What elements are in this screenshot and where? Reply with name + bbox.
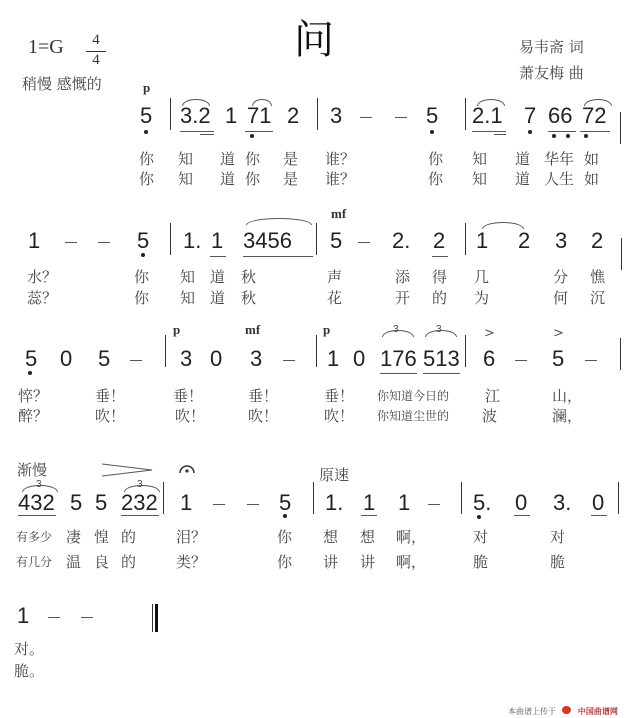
lyric: 知 xyxy=(178,148,193,169)
low-octave-dot xyxy=(250,134,254,138)
lyric: 秋 xyxy=(241,287,256,308)
note: 0 xyxy=(592,490,604,516)
lyric: 脆 xyxy=(473,551,488,572)
lyric: 类？ xyxy=(176,551,206,572)
low-octave-dot xyxy=(141,253,145,257)
triplet-number: 3 xyxy=(436,324,442,335)
dynamic-p: p xyxy=(173,322,180,338)
dynamic-mf: mf xyxy=(245,322,260,338)
low-octave-dot xyxy=(283,514,287,518)
bar-line xyxy=(465,223,466,255)
lyric: 花 xyxy=(327,287,342,308)
triplet-number: 3 xyxy=(393,324,399,335)
note: 5 xyxy=(98,346,110,372)
note: 3 xyxy=(180,346,192,372)
beam xyxy=(180,131,214,132)
dash xyxy=(515,360,527,361)
bar-line xyxy=(170,98,171,130)
lyric: 声 xyxy=(327,266,342,287)
note: 2 xyxy=(591,228,603,254)
beam xyxy=(580,131,610,132)
note: 0 xyxy=(353,346,365,372)
lyric: 知 xyxy=(180,266,195,287)
note: 3.2 xyxy=(180,103,211,129)
accent-icon: > xyxy=(553,326,564,341)
lyric: 道 xyxy=(515,168,530,189)
time-signature-top: 4 xyxy=(86,32,106,49)
lyric: 垂！ xyxy=(95,385,125,406)
beam xyxy=(514,515,530,516)
lyric: 得 xyxy=(432,266,447,287)
note: 66 xyxy=(548,103,572,129)
lyric: 对。 xyxy=(14,638,44,659)
lyric: 吹！ xyxy=(248,405,278,426)
beam xyxy=(121,515,159,516)
note: 1 xyxy=(398,490,410,516)
note: 1 xyxy=(17,603,29,629)
lyric: 你 xyxy=(277,526,292,547)
note: 1 xyxy=(180,490,192,516)
lyric: 想 xyxy=(323,526,338,547)
bar-line xyxy=(316,223,317,255)
bar-line xyxy=(461,482,462,514)
lyric: 吹！ xyxy=(175,405,205,426)
bar-line xyxy=(170,223,171,255)
lyric: 道 xyxy=(210,287,225,308)
note: 5 xyxy=(279,490,291,516)
beam xyxy=(548,131,576,132)
lyric: 温 xyxy=(66,551,81,572)
note: 432 xyxy=(18,490,55,516)
lyric: 你 xyxy=(134,287,149,308)
dash xyxy=(247,504,259,505)
note: 1 xyxy=(363,490,375,516)
low-octave-dot xyxy=(528,130,532,134)
dynamic-mf: mf xyxy=(331,206,346,222)
dash xyxy=(360,117,372,118)
triplet-number: 3 xyxy=(137,479,143,490)
lyric: 脆。 xyxy=(14,660,44,681)
beam xyxy=(210,256,226,257)
note: 0 xyxy=(515,490,527,516)
beam xyxy=(380,373,417,374)
lyric: 开 xyxy=(395,287,410,308)
note: 2 xyxy=(518,228,530,254)
lyric: 知 xyxy=(472,148,487,169)
dash xyxy=(585,360,597,361)
lyric: 有多少 xyxy=(16,528,52,545)
lyric: 知 xyxy=(472,168,487,189)
lyric: 谁？ xyxy=(325,168,355,189)
bar-line xyxy=(620,112,621,144)
note: 1. xyxy=(325,490,343,516)
beam xyxy=(245,131,273,132)
tempo-a-tempo: 原速 xyxy=(319,464,349,485)
watermark: 本曲谱上传于 中国曲谱网 xyxy=(508,701,618,718)
lyric: 谁？ xyxy=(325,148,355,169)
note: 1 xyxy=(225,103,237,129)
note: 0 xyxy=(60,346,72,372)
lyric: 道 xyxy=(220,148,235,169)
lyric: 对 xyxy=(473,526,488,547)
bar-line xyxy=(165,335,166,367)
tempo-ritardando: 渐慢 xyxy=(17,459,47,480)
note: 5 xyxy=(95,490,107,516)
note: 5 xyxy=(426,103,438,129)
lyric: 你 xyxy=(428,168,443,189)
lyric: 讲 xyxy=(360,551,375,572)
time-signature-bottom: 4 xyxy=(86,52,106,69)
bar-line xyxy=(620,338,621,370)
lyric: 憔 xyxy=(590,266,605,287)
note: 176 xyxy=(380,346,417,372)
slur xyxy=(246,218,312,225)
lyric: 是 xyxy=(283,148,298,169)
note: 1 xyxy=(476,228,488,254)
watermark-text: 本曲谱上传于 xyxy=(508,707,556,716)
lyric: 澜， xyxy=(552,405,582,426)
lyric: 啊， xyxy=(396,551,426,572)
lyric: 惶 xyxy=(94,526,109,547)
lyric: 垂！ xyxy=(248,385,278,406)
lyric: 脆 xyxy=(550,551,565,572)
note: 2. xyxy=(392,228,410,254)
note: 2.1 xyxy=(472,103,503,129)
lyric: 你 xyxy=(428,148,443,169)
watermark-site: 中国曲谱网 xyxy=(578,707,618,716)
note: 232 xyxy=(121,490,158,516)
dash xyxy=(428,504,440,505)
lyric: 道 xyxy=(515,148,530,169)
note: 5. xyxy=(473,490,491,516)
dash xyxy=(65,242,77,243)
bar-line xyxy=(317,98,318,130)
lyric: 你 xyxy=(134,266,149,287)
beam xyxy=(200,134,214,135)
triplet-number: 3 xyxy=(36,479,42,490)
lyric: 蕊？ xyxy=(27,287,57,308)
final-bar-thick xyxy=(155,604,158,632)
final-bar-thin xyxy=(152,604,153,632)
dash xyxy=(358,242,370,243)
lyric: 如 xyxy=(584,168,599,189)
note: 5 xyxy=(70,490,82,516)
bar-line xyxy=(316,335,317,367)
dash xyxy=(98,242,110,243)
lyric: 江 xyxy=(485,385,500,406)
lyric: 沉 xyxy=(590,287,605,308)
lyric: 的 xyxy=(121,551,136,572)
note: 3. xyxy=(553,490,571,516)
lyric: 良 xyxy=(94,551,109,572)
lyric: 是 xyxy=(283,168,298,189)
lyric: 人生 xyxy=(544,168,574,189)
lyric: 想 xyxy=(360,526,375,547)
fermata-icon xyxy=(178,462,196,474)
note: 513 xyxy=(423,346,460,372)
note: 1 xyxy=(28,228,40,254)
lyric: 对 xyxy=(550,526,565,547)
dash xyxy=(48,617,60,618)
note: 2 xyxy=(287,103,299,129)
lyric: 垂！ xyxy=(173,385,203,406)
note: 6 xyxy=(483,346,495,372)
note: 3456 xyxy=(243,228,292,254)
lyric: 你知道今日的 xyxy=(377,387,449,404)
note: 3 xyxy=(555,228,567,254)
bar-line xyxy=(313,482,314,514)
tempo-marking: 稍慢 感慨的 xyxy=(22,73,102,94)
lyric: 你知道尘世的 xyxy=(377,407,449,424)
note: 1 xyxy=(327,346,339,372)
low-octave-dot xyxy=(28,371,32,375)
lyric: 道 xyxy=(210,266,225,287)
lyric: 悴？ xyxy=(18,385,48,406)
lyric: 你 xyxy=(139,168,154,189)
site-logo-icon xyxy=(562,706,571,714)
beam xyxy=(591,515,607,516)
lyricist-credit: 易韦斋 词 xyxy=(519,36,584,57)
note: 1. xyxy=(183,228,201,254)
bar-line xyxy=(465,98,466,130)
decrescendo-icon xyxy=(102,462,154,478)
bar-line xyxy=(618,482,619,514)
dash xyxy=(213,504,225,505)
lyric: 你 xyxy=(139,148,154,169)
lyric: 你 xyxy=(245,148,260,169)
lyric: 何 xyxy=(553,287,568,308)
beam xyxy=(18,515,56,516)
lyric: 醉？ xyxy=(18,405,48,426)
lyric: 吹！ xyxy=(95,405,125,426)
note: 5 xyxy=(137,228,149,254)
key-signature: 1=G xyxy=(28,36,64,59)
bar-line xyxy=(163,482,164,514)
composer-credit: 萧友梅 曲 xyxy=(519,62,584,83)
bar-line xyxy=(465,335,466,367)
note: 5 xyxy=(25,346,37,372)
lyric: 华年 xyxy=(544,148,574,169)
beam xyxy=(361,515,377,516)
lyric: 波 xyxy=(482,405,497,426)
low-octave-dot xyxy=(584,134,588,138)
low-octave-dot xyxy=(144,130,148,134)
dash xyxy=(81,617,93,618)
dynamic-p: p xyxy=(143,80,150,96)
lyric: 啊， xyxy=(396,526,426,547)
dash xyxy=(283,360,295,361)
note: 71 xyxy=(247,103,271,129)
dynamic-p: p xyxy=(323,322,330,338)
lyric: 的 xyxy=(432,287,447,308)
note: 3 xyxy=(330,103,342,129)
lyric: 有几分 xyxy=(16,553,52,570)
lyric: 吹！ xyxy=(324,405,354,426)
note: 0 xyxy=(210,346,222,372)
lyric: 秋 xyxy=(241,266,256,287)
lyric: 知 xyxy=(178,168,193,189)
low-octave-dot xyxy=(552,134,556,138)
lyric: 水？ xyxy=(27,266,57,287)
lyric: 添 xyxy=(395,266,410,287)
note: 5 xyxy=(552,346,564,372)
beam xyxy=(432,256,448,257)
lyric: 为 xyxy=(474,287,489,308)
beam xyxy=(494,134,506,135)
lyric: 的 xyxy=(121,526,136,547)
lyric: 道 xyxy=(220,168,235,189)
lyric: 垂！ xyxy=(324,385,354,406)
dash xyxy=(395,117,407,118)
note: 5 xyxy=(140,103,152,129)
beam xyxy=(472,131,506,132)
beam xyxy=(423,373,460,374)
accent-icon: > xyxy=(484,326,495,341)
low-octave-dot xyxy=(566,134,570,138)
lyric: 讲 xyxy=(323,551,338,572)
song-title: 问 xyxy=(294,8,334,65)
lyric: 几 xyxy=(474,266,489,287)
note: 3 xyxy=(250,346,262,372)
bar-line xyxy=(621,238,622,270)
lyric: 凄 xyxy=(66,526,81,547)
note: 2 xyxy=(433,228,445,254)
note: 1 xyxy=(211,228,223,254)
beam xyxy=(243,256,313,257)
lyric: 如 xyxy=(584,148,599,169)
note: 5 xyxy=(330,228,342,254)
dash xyxy=(130,360,142,361)
lyric: 山， xyxy=(552,385,582,406)
note: 72 xyxy=(582,103,606,129)
lyric: 分 xyxy=(553,266,568,287)
lyric: 你 xyxy=(277,551,292,572)
lyric: 你 xyxy=(245,168,260,189)
lyric: 泪？ xyxy=(176,526,206,547)
note: 7 xyxy=(524,103,536,129)
lyric: 知 xyxy=(180,287,195,308)
low-octave-dot xyxy=(477,515,481,519)
low-octave-dot xyxy=(430,130,434,134)
